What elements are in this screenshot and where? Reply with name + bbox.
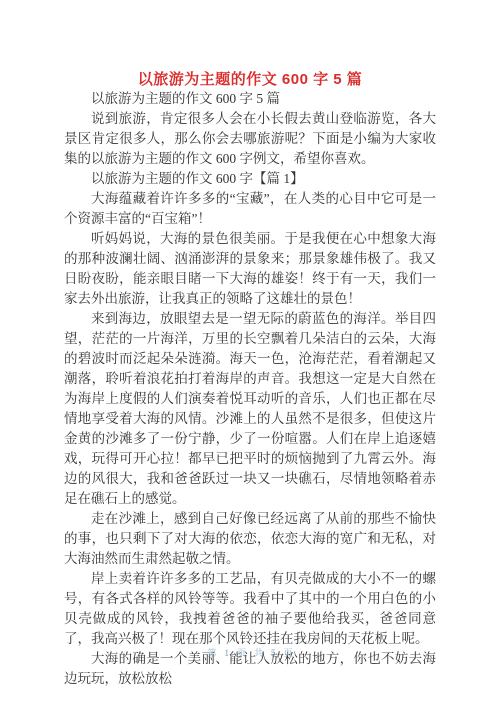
page-footer-pagination: 第1页共5页 [0, 646, 500, 659]
pagination-total-pages: 5 [271, 648, 276, 658]
body-paragraph-2: 听妈妈说，大海的景色很美丽。于是我便在心中想象大海的那种波澜壮阔、汹涌澎湃的景象… [64, 229, 436, 309]
document-page: 以旅游为主题的作文 600 字 5 篇 以旅游为主题的作文 600 字 5 篇 … [0, 0, 500, 707]
body-paragraph-4: 走在沙滩上，感到自己好像已经远离了从前的那些不愉快的事，也只剩下了对大海的依恋，… [64, 509, 436, 569]
document-subtitle: 以旅游为主题的作文 600 字 5 篇 [64, 89, 436, 109]
pagination-label-di: 第 [207, 648, 216, 658]
section-heading: 以旅游为主题的作文 600 字【篇 1】 [64, 169, 436, 189]
pagination-label-total: 共 [254, 648, 263, 658]
body-paragraph-1: 大海蕴藏着许许多多的“宝藏”，在人类的心目中它可是一个资源丰富的“百宝箱”！ [64, 189, 436, 229]
pagination-label-page: 页 [237, 648, 246, 658]
body-paragraph-3: 来到海边，放眼望去是一望无际的蔚蓝色的海洋。举目四望，茫茫的一片海洋，万里的长空… [64, 309, 436, 509]
document-body: 以旅游为主题的作文 600 字 5 篇 说到旅游，肯定很多人会在小长假去黄山登临… [64, 89, 436, 689]
page-title: 以旅游为主题的作文 600 字 5 篇 [40, 71, 460, 89]
body-paragraph-5: 岸上卖着许许多多的工艺品，有贝壳做成的大小不一的螺号，有各式各样的风铃等等。我看… [64, 569, 436, 649]
intro-paragraph: 说到旅游，肯定很多人会在小长假去黄山登临游览，各大景区肯定很多人，那么你会去哪旅… [64, 109, 436, 169]
pagination-label-page-2: 页 [284, 648, 293, 658]
pagination-current-page: 1 [224, 648, 229, 658]
